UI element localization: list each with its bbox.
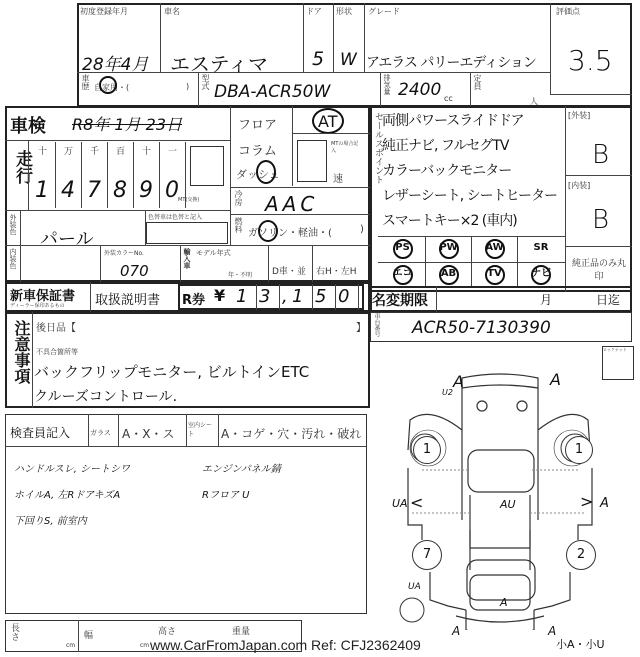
watermark: www.CarFromJapan.com Ref: CFJ2362409: [150, 637, 421, 653]
displacement-value: 2400: [398, 80, 441, 100]
inspector-note-left: ハンドルスレ, シートシワ: [14, 460, 130, 475]
mark-front-left: A: [453, 372, 464, 391]
car-name-value: エスティマ: [170, 48, 268, 77]
width-label: 幅: [84, 628, 93, 641]
doors-value: 5: [312, 48, 324, 70]
option-AW: AW: [472, 236, 518, 262]
exterior-color-value: パール: [40, 225, 94, 251]
later-items-label: 後日品【: [36, 319, 76, 334]
option-circle: [531, 265, 551, 285]
shift-selected-circle: [256, 160, 276, 184]
sales-point-line: 両側パワースライドドア: [382, 110, 523, 130]
chassis-label: 車台番号: [372, 313, 381, 337]
mileage-unit-label: 万: [64, 144, 73, 157]
option-circle: [439, 265, 459, 285]
recycle-digit: 5: [315, 286, 326, 307]
yen-symbol: ¥: [214, 286, 225, 305]
new-car-warranty-sub: ディーラー保印あるもの: [10, 302, 65, 309]
recycle-separator: ,: [282, 286, 288, 307]
mileage-digit: 9: [139, 178, 153, 203]
wheel-front-left: 1: [413, 436, 441, 464]
mark-rear-left-note: UA: [408, 582, 421, 592]
option-PW: PW: [426, 236, 472, 262]
mark-front-right: A: [550, 370, 561, 389]
sales-point-line: 純正ナビ, フルセグTV: [382, 135, 508, 155]
mileage-digit: 4: [61, 178, 75, 203]
mileage-extra-box: [190, 146, 224, 186]
option-circle: [485, 265, 505, 285]
option-ナビ: ナビ: [518, 262, 564, 288]
shift-option-floor: フロア: [238, 114, 277, 133]
color-no-value: 070: [120, 262, 149, 280]
recycle-box: [178, 284, 364, 310]
mileage-digit-cell: 十9: [134, 142, 160, 208]
inspector-note-left: ホイルA, 左RドアキズA: [14, 486, 120, 501]
option-circle: [439, 239, 459, 259]
mark-left-side: UA: [392, 497, 408, 510]
color-change-box: [146, 222, 228, 244]
recycle-digit: 3: [259, 286, 270, 307]
color-no-label: 外装カラーNo.: [104, 248, 144, 257]
color-change-label: 色替車は色替と記入: [148, 212, 202, 221]
displacement-unit: cc: [444, 94, 453, 103]
glass-options: A・X・ス: [122, 425, 174, 442]
mark-rear: A: [500, 596, 508, 609]
genuine-label: 純正品のみ丸印: [570, 256, 628, 282]
recycle-digit: 1: [236, 286, 247, 307]
model-value: DBA-ACR50W: [214, 82, 330, 102]
inspector-note-right: Rフロア U: [202, 486, 249, 501]
score-value: 3.5: [568, 44, 613, 77]
name-change-label: 名変期限: [372, 290, 428, 310]
defect-label: 不具合箇所等: [36, 347, 78, 357]
usage-label: 車歴: [80, 74, 91, 90]
mileage-note: MT(交換): [178, 196, 199, 203]
reg-date-label: 初度登録年月: [80, 6, 128, 17]
mark-rear-bumper-left: A: [452, 624, 460, 638]
notes-line-2: クルーズコントロール.: [34, 386, 177, 406]
grade-label: グレード: [368, 6, 400, 17]
sales-point-line: スマートキー×2 (車内): [382, 210, 517, 230]
inspection-value: R8年 1月 23日: [72, 112, 182, 135]
exterior-grade-value: B: [592, 140, 609, 170]
doors-label: ドア: [306, 6, 322, 17]
name-change-month: 月: [540, 291, 552, 308]
mileage-digit-cell: 万4: [56, 142, 82, 208]
glass-label: ガラス: [90, 428, 111, 438]
option-PS: PS: [380, 236, 426, 262]
option-circle: [393, 239, 413, 259]
fuel-selected-circle: [258, 220, 278, 242]
manual-label: 取扱説明書: [95, 289, 160, 308]
option-circle: [485, 239, 505, 259]
name-change-day: 日迄: [596, 291, 620, 308]
mark-right-side: A: [600, 496, 609, 511]
recycle-digit: 1: [292, 286, 303, 307]
mark-front-note: U2: [442, 388, 453, 397]
mileage-digit: 8: [113, 178, 127, 203]
transmission-circle: [312, 108, 344, 134]
shape-value: W: [340, 50, 357, 70]
arrow-left-icon: <: [410, 493, 423, 512]
recycle-label: R券: [182, 289, 205, 308]
wheel-rear-left: 7: [412, 540, 442, 570]
option-SR: SR: [518, 236, 564, 262]
capacity-label: 定員: [472, 74, 483, 90]
ac-value: AAC: [265, 192, 318, 216]
interior-grade-label: [内装]: [568, 180, 590, 191]
mark-roof: AU: [500, 498, 516, 511]
mileage-digit-cell: 百8: [108, 142, 134, 208]
recycle-digit: 0: [338, 286, 349, 307]
fuel-close: ): [360, 224, 364, 235]
option-code: SR: [534, 242, 549, 253]
mileage-digit-cell: 千7: [82, 142, 108, 208]
wheel-rear-right: 2: [566, 540, 596, 570]
grade-value: アエラス パリーエディション: [366, 52, 536, 72]
usage-selected-circle: [99, 76, 117, 94]
shift-option-column: コラム: [238, 140, 277, 159]
exterior-grade-label: [外装]: [568, 110, 590, 121]
notes-label: 注意事項: [10, 320, 33, 384]
mileage-unit-label: 百: [116, 144, 125, 157]
diagram-legend: 小A・小U: [556, 636, 605, 652]
mt-label: MTの場合記入: [331, 140, 361, 154]
mileage-unit-label: 十: [142, 144, 151, 157]
interior-grade-value: B: [592, 205, 609, 235]
chassis-value: ACR50-7130390: [412, 318, 551, 338]
displacement-label: 排気量: [382, 74, 392, 95]
mileage-digit: 7: [87, 178, 101, 203]
notes-line-1: バックフリップモニター, ビルトインETC: [34, 361, 309, 382]
car-name-label: 車名: [164, 6, 180, 17]
mileage-digit-cell: 十1: [30, 142, 56, 208]
sales-point-line: カラーバックモニター: [382, 160, 511, 180]
option-TV: TV: [472, 262, 518, 288]
dealer-options: D車・並: [272, 264, 306, 277]
inspection-label: 車検: [10, 112, 46, 138]
model-year-suffix: 年・不明: [228, 270, 252, 279]
mt-value: 速: [333, 170, 343, 185]
fuel-label: 燃料: [233, 217, 244, 233]
inspector-note-left: 下回りS, 前室内: [14, 512, 87, 527]
score-label: 評価点: [556, 6, 580, 17]
weight-label: 重量: [232, 624, 250, 637]
mileage-unit-label: 一: [168, 144, 177, 157]
seat-options: A・コゲ・穴・汚れ・破れ: [221, 425, 361, 442]
interior-color-label: 内装色: [8, 248, 18, 269]
seat-label: 室内シート: [188, 420, 216, 438]
option-circle: [393, 265, 413, 285]
option-エコ: エコ: [380, 262, 426, 288]
wheel-front-right: 1: [565, 436, 593, 464]
import-label: 輸入車: [182, 248, 192, 269]
arrow-right-icon: >: [580, 492, 593, 511]
width-unit: cm: [140, 642, 149, 649]
length-unit: cm: [66, 642, 75, 649]
model-year-label: モデル年式: [196, 248, 231, 258]
ac-label: 冷房: [233, 190, 244, 206]
mileage-unit-label: 十: [38, 144, 47, 157]
inspector-note-right: エンジンパネル錆: [202, 460, 281, 475]
reg-date-value: 28年4月: [82, 50, 148, 75]
exterior-color-label: 外装色: [8, 214, 18, 235]
mileage-unit-label: 千: [90, 144, 99, 157]
model-label: 型式: [200, 74, 211, 90]
mt-box: [297, 140, 327, 182]
mark-rear-bumper-right: A: [548, 624, 556, 638]
sales-point-line: レザーシート, シートヒーター: [382, 185, 557, 205]
mileage-digit: 0: [165, 178, 179, 203]
inspector-label: 検査員記入: [10, 424, 70, 441]
option-AB: AB: [426, 262, 472, 288]
shape-label: 形状: [336, 6, 352, 17]
mileage-digit: 1: [35, 178, 49, 203]
handle-options: 右H・左H: [316, 264, 357, 277]
length-label: 長さ: [8, 623, 21, 641]
height-label: 高さ: [158, 624, 176, 637]
later-items-close: 】: [356, 319, 366, 334]
